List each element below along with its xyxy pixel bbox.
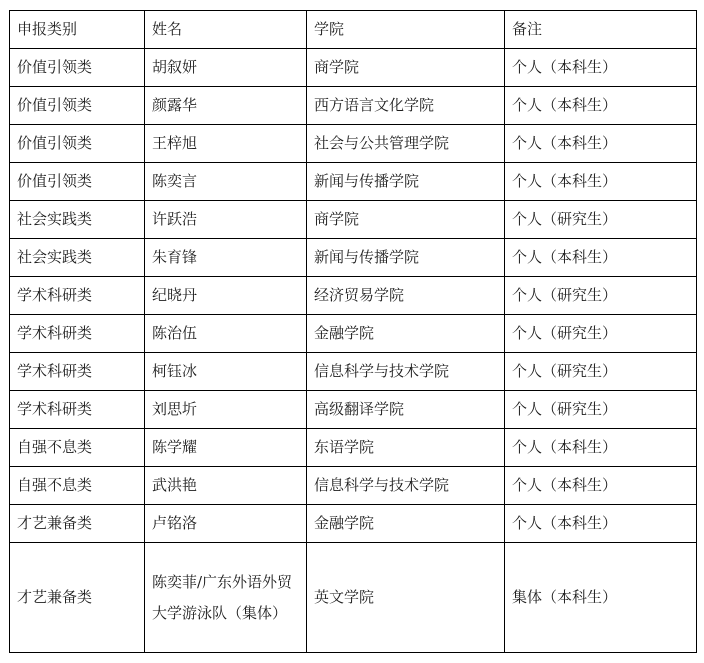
table-body: 价值引领类胡叙妍商学院个人（本科生）价值引领类颜露华西方语言文化学院个人（本科生… <box>10 49 697 653</box>
cell-name: 刘思圻 <box>145 391 307 429</box>
cell-remark: 个人（本科生） <box>505 239 697 277</box>
table-row: 自强不息类武洪艳信息科学与技术学院个人（本科生） <box>10 467 697 505</box>
cell-college: 商学院 <box>307 201 505 239</box>
header-remark: 备注 <box>505 11 697 49</box>
cell-name: 卢铭洛 <box>145 505 307 543</box>
cell-name: 陈奕菲/广东外语外贸大学游泳队（集体） <box>145 543 307 653</box>
table-row: 学术科研类陈治伍金融学院个人（研究生） <box>10 315 697 353</box>
cell-college: 信息科学与技术学院 <box>307 353 505 391</box>
cell-college: 经济贸易学院 <box>307 277 505 315</box>
cell-name: 纪晓丹 <box>145 277 307 315</box>
cell-name: 朱育锋 <box>145 239 307 277</box>
table-row: 价值引领类陈奕言新闻与传播学院个人（本科生） <box>10 163 697 201</box>
cell-remark: 个人（本科生） <box>505 87 697 125</box>
cell-category: 价值引领类 <box>10 163 145 201</box>
table-row: 社会实践类许跃浩商学院个人（研究生） <box>10 201 697 239</box>
cell-remark: 集体（本科生） <box>505 543 697 653</box>
cell-name: 胡叙妍 <box>145 49 307 87</box>
cell-college: 社会与公共管理学院 <box>307 125 505 163</box>
cell-name: 陈治伍 <box>145 315 307 353</box>
cell-category: 学术科研类 <box>10 315 145 353</box>
cell-name: 柯钰冰 <box>145 353 307 391</box>
cell-name: 颜露华 <box>145 87 307 125</box>
cell-name: 武洪艳 <box>145 467 307 505</box>
cell-college: 金融学院 <box>307 315 505 353</box>
cell-name: 许跃浩 <box>145 201 307 239</box>
cell-remark: 个人（本科生） <box>505 125 697 163</box>
cell-remark: 个人（本科生） <box>505 467 697 505</box>
table-row: 自强不息类陈学耀东语学院个人（本科生） <box>10 429 697 467</box>
cell-category: 学术科研类 <box>10 353 145 391</box>
cell-category: 价值引领类 <box>10 87 145 125</box>
cell-category: 学术科研类 <box>10 277 145 315</box>
cell-remark: 个人（本科生） <box>505 505 697 543</box>
cell-category: 社会实践类 <box>10 239 145 277</box>
header-name: 姓名 <box>145 11 307 49</box>
table-row: 才艺兼备类陈奕菲/广东外语外贸大学游泳队（集体）英文学院集体（本科生） <box>10 543 697 653</box>
cell-remark: 个人（研究生） <box>505 353 697 391</box>
table-row: 学术科研类刘思圻高级翻译学院个人（研究生） <box>10 391 697 429</box>
cell-remark: 个人（研究生） <box>505 277 697 315</box>
table-row: 才艺兼备类卢铭洛金融学院个人（本科生） <box>10 505 697 543</box>
table-row: 价值引领类胡叙妍商学院个人（本科生） <box>10 49 697 87</box>
cell-college: 西方语言文化学院 <box>307 87 505 125</box>
cell-category: 价值引领类 <box>10 49 145 87</box>
cell-college: 新闻与传播学院 <box>307 239 505 277</box>
cell-remark: 个人（本科生） <box>505 429 697 467</box>
cell-college: 信息科学与技术学院 <box>307 467 505 505</box>
table-row: 学术科研类纪晓丹经济贸易学院个人（研究生） <box>10 277 697 315</box>
cell-college: 东语学院 <box>307 429 505 467</box>
cell-college: 商学院 <box>307 49 505 87</box>
cell-category: 价值引领类 <box>10 125 145 163</box>
cell-college: 高级翻译学院 <box>307 391 505 429</box>
cell-remark: 个人（本科生） <box>505 49 697 87</box>
header-college: 学院 <box>307 11 505 49</box>
table-row: 学术科研类柯钰冰信息科学与技术学院个人（研究生） <box>10 353 697 391</box>
cell-college: 英文学院 <box>307 543 505 653</box>
cell-category: 自强不息类 <box>10 467 145 505</box>
cell-college: 新闻与传播学院 <box>307 163 505 201</box>
cell-name: 陈奕言 <box>145 163 307 201</box>
document-page: 申报类别 姓名 学院 备注 价值引领类胡叙妍商学院个人（本科生）价值引领类颜露华… <box>0 0 704 663</box>
cell-category: 社会实践类 <box>10 201 145 239</box>
table-row: 价值引领类王梓旭社会与公共管理学院个人（本科生） <box>10 125 697 163</box>
cell-remark: 个人（研究生） <box>505 201 697 239</box>
cell-category: 学术科研类 <box>10 391 145 429</box>
header-category: 申报类别 <box>10 11 145 49</box>
table-row: 社会实践类朱育锋新闻与传播学院个人（本科生） <box>10 239 697 277</box>
award-roster-table: 申报类别 姓名 学院 备注 价值引领类胡叙妍商学院个人（本科生）价值引领类颜露华… <box>9 10 697 653</box>
cell-remark: 个人（本科生） <box>505 163 697 201</box>
cell-name: 王梓旭 <box>145 125 307 163</box>
cell-name: 陈学耀 <box>145 429 307 467</box>
cell-category: 自强不息类 <box>10 429 145 467</box>
cell-remark: 个人（研究生） <box>505 391 697 429</box>
table-row: 价值引领类颜露华西方语言文化学院个人（本科生） <box>10 87 697 125</box>
cell-category: 才艺兼备类 <box>10 505 145 543</box>
cell-category: 才艺兼备类 <box>10 543 145 653</box>
cell-remark: 个人（研究生） <box>505 315 697 353</box>
header-row: 申报类别 姓名 学院 备注 <box>10 11 697 49</box>
cell-college: 金融学院 <box>307 505 505 543</box>
